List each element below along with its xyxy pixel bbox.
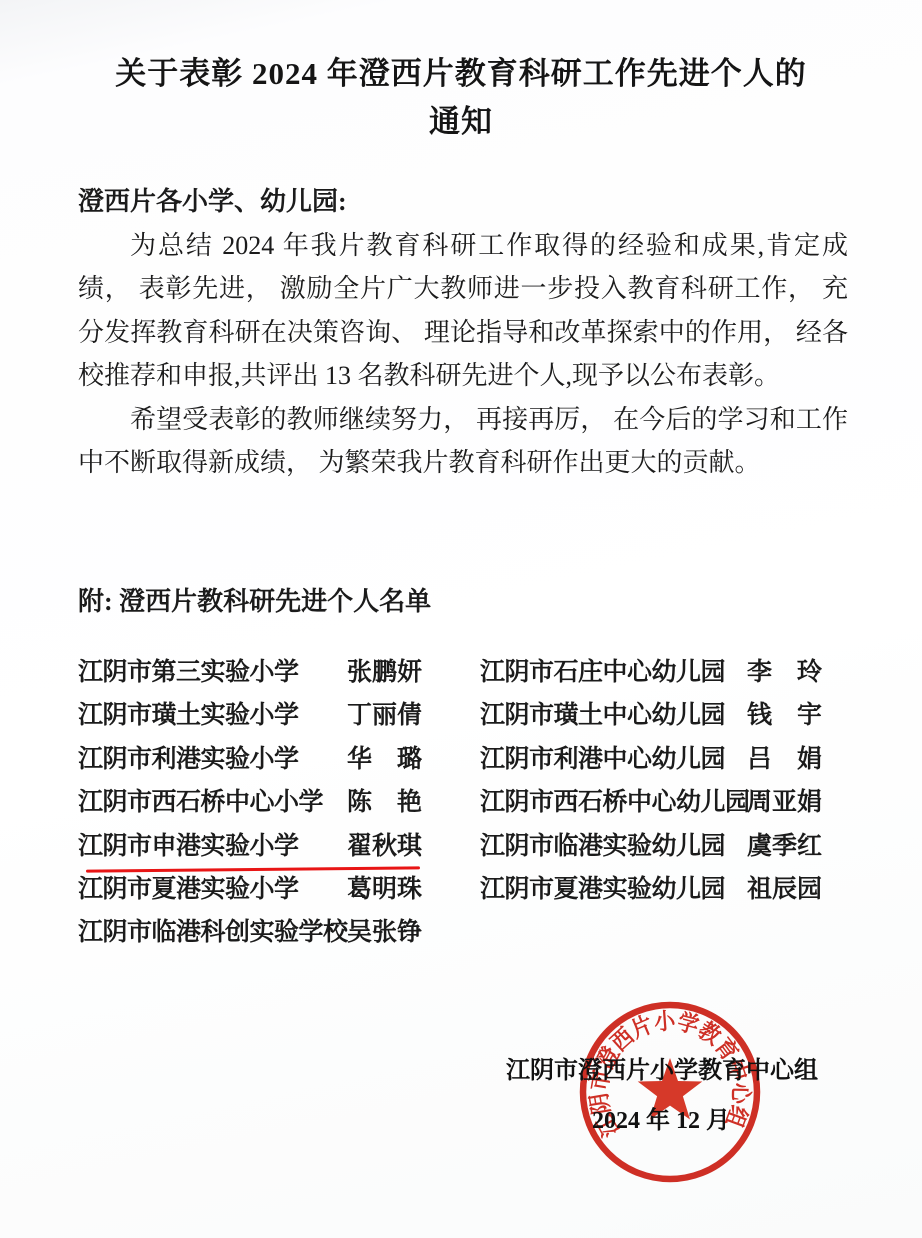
school-name: 江阴市西石桥中心幼儿园 xyxy=(480,781,750,824)
school-name: 江阴市璜土实验小学 xyxy=(78,694,299,737)
signature-organization: 江阴市澄西片小学教育中心组 xyxy=(506,1050,818,1085)
document-date: 2024 年 12 月 xyxy=(592,1100,730,1135)
award-row: 江阴市西石桥中心小学陈 艳 xyxy=(78,781,478,824)
award-row: 江阴市璜土中心幼儿园钱 宇 xyxy=(480,694,920,737)
salutation: 澄西片各小学、幼儿园: xyxy=(78,181,347,218)
title-line-2: 通知 xyxy=(0,98,922,146)
person-name: 吕 娟 xyxy=(747,738,822,781)
award-row: 江阴市夏港实验幼儿园祖辰园 xyxy=(480,868,920,911)
person-name: 华 璐 xyxy=(347,738,422,781)
school-name: 江阴市璜土中心幼儿园 xyxy=(480,694,725,737)
title-line-1: 关于表彰 2024 年澄西片教育科研工作先进个人的 xyxy=(0,50,922,98)
award-row: 江阴市申港实验小学翟秋琪 xyxy=(78,825,478,868)
award-row: 江阴市石庄中心幼儿园李 玲 xyxy=(480,651,920,694)
school-name: 江阴市申港实验小学 xyxy=(78,825,299,868)
award-row: 江阴市利港实验小学华 璐 xyxy=(78,738,478,781)
school-name: 江阴市石庄中心幼儿园 xyxy=(480,651,725,694)
award-row: 江阴市利港中心幼儿园吕 娟 xyxy=(480,738,920,781)
school-name: 江阴市夏港实验小学 xyxy=(78,868,299,911)
award-row: 江阴市西石桥中心幼儿园周亚娟 xyxy=(480,781,920,824)
award-row: 江阴市璜土实验小学丁丽倩 xyxy=(78,694,478,737)
school-name: 江阴市利港中心幼儿园 xyxy=(480,738,725,781)
person-name: 钱 宇 xyxy=(747,694,822,737)
school-name: 江阴市临港科创实验学校 xyxy=(78,911,348,954)
award-row: 江阴市第三实验小学张鹏妍 xyxy=(78,651,478,694)
school-name: 江阴市夏港实验幼儿园 xyxy=(480,868,725,911)
document-title: 关于表彰 2024 年澄西片教育科研工作先进个人的 通知 xyxy=(0,50,922,146)
person-name: 翟秋琪 xyxy=(347,825,422,868)
paragraph-2: 希望受表彰的教师继续努力， 再接再厉， 在今后的学习和工作中不断取得新成绩， 为… xyxy=(78,398,848,485)
person-name: 李 玲 xyxy=(747,651,822,694)
paragraph-1: 为总结 2024 年我片教育科研工作取得的经验和成果,肯定成绩， 表彰先进， 激… xyxy=(78,224,848,398)
award-row: 江阴市夏港实验小学葛明珠 xyxy=(78,868,478,911)
person-name: 周亚娟 xyxy=(747,781,822,824)
official-seal: 江阴市澄西片小学教育中心组 xyxy=(575,997,765,1187)
school-name: 江阴市西石桥中心小学 xyxy=(78,781,323,824)
school-name: 江阴市第三实验小学 xyxy=(78,651,299,694)
award-row: 江阴市临港科创实验学校吴张铮 xyxy=(78,911,478,954)
person-name: 祖辰园 xyxy=(747,868,822,911)
notice-document: 关于表彰 2024 年澄西片教育科研工作先进个人的 通知 澄西片各小学、幼儿园:… xyxy=(0,0,922,1238)
person-name: 葛明珠 xyxy=(347,868,422,911)
award-list-right: 江阴市石庄中心幼儿园李 玲江阴市璜土中心幼儿园钱 宇江阴市利港中心幼儿园吕 娟江… xyxy=(480,651,920,911)
award-row: 江阴市临港实验幼儿园虞季红 xyxy=(480,825,920,868)
school-name: 江阴市临港实验幼儿园 xyxy=(480,825,725,868)
award-list-left: 江阴市第三实验小学张鹏妍江阴市璜土实验小学丁丽倩江阴市利港实验小学华 璐江阴市西… xyxy=(78,651,478,955)
person-name: 张鹏妍 xyxy=(347,651,422,694)
person-name: 丁丽倩 xyxy=(347,694,422,737)
notice-body: 为总结 2024 年我片教育科研工作取得的经验和成果,肯定成绩， 表彰先进， 激… xyxy=(78,224,848,484)
school-name: 江阴市利港实验小学 xyxy=(78,738,299,781)
person-name: 陈 艳 xyxy=(347,781,422,824)
person-name: 吴张铮 xyxy=(347,911,422,954)
attachment-heading: 附: 澄西片教科研先进个人名单 xyxy=(78,581,431,618)
person-name: 虞季红 xyxy=(747,825,822,868)
